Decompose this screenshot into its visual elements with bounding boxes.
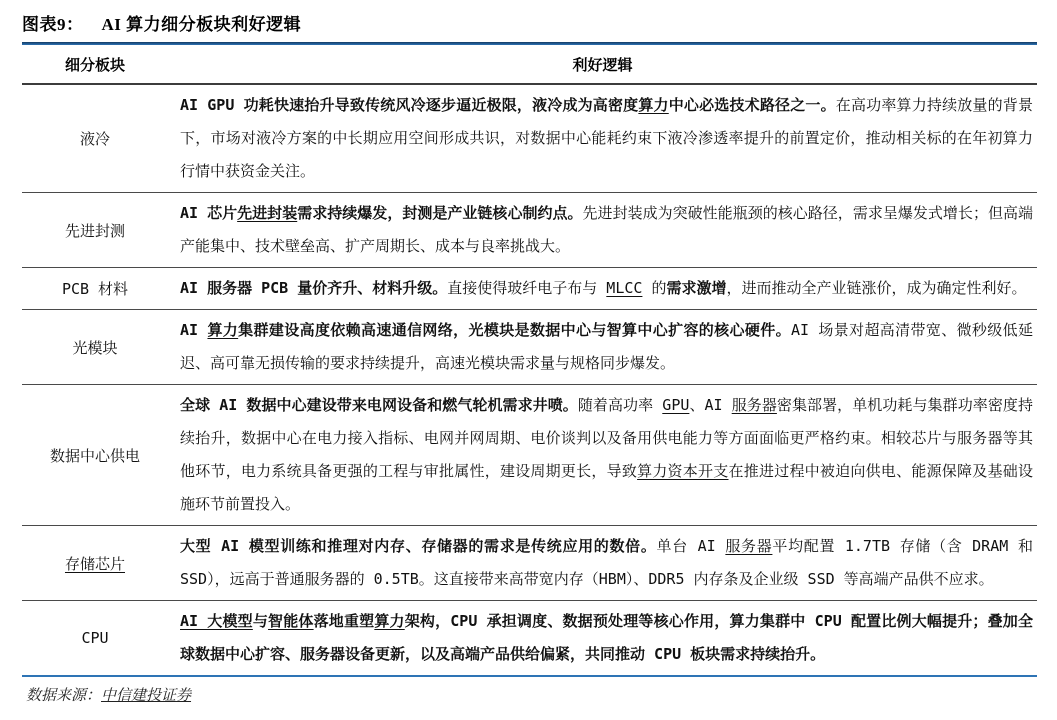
figure-title: 图表9：AI 算力细分板块利好逻辑 — [22, 8, 1037, 42]
table-row: PCB 材料AI 服务器 PCB 量价齐升、材料升级。直接使得玻纤电子布与 ML… — [22, 268, 1037, 310]
logic-text: 直接使得玻纤电子布与 — [447, 279, 606, 297]
logic-text: 大型 AI 模型训练和推理对内存、存储器的需求是传统应用的数倍。 — [180, 537, 657, 555]
logic-term-link: 先进封装 — [237, 204, 297, 222]
segment-label: 先进封测 — [65, 222, 125, 240]
segment-cell: 存储芯片 — [22, 526, 168, 601]
logic-text: AI 服务器 PCB 量价齐升、材料升级。 — [180, 279, 447, 297]
segment-label: CPU — [81, 629, 108, 647]
figure-title-text: AI 算力细分板块利好逻辑 — [102, 15, 302, 34]
logic-term-link: 智能体 — [268, 612, 314, 630]
table-row: 数据中心供电全球 AI 数据中心建设带来电网设备和燃气轮机需求井喷。随着高功率 … — [22, 385, 1037, 526]
column-header-logic: 利好逻辑 — [168, 45, 1037, 84]
logic-text: AI GPU 功耗快速抬升导致传统风冷逐步逼近极限，液冷成为高密度 — [180, 96, 638, 114]
segment-label: 液冷 — [80, 130, 110, 148]
figure-number: 图表9： — [22, 15, 84, 34]
segment-cell: 先进封测 — [22, 193, 168, 268]
table-row: CPUAI 大模型与智能体落地重塑算力架构，CPU 承担调度、数据预处理等核心作… — [22, 601, 1037, 677]
logic-cell: AI 芯片先进封装需求持续爆发，封测是产业链核心制约点。先进封装成为突破性能瓶颈… — [168, 193, 1037, 268]
data-source-note: 数据来源：中信建投证券 — [22, 677, 1037, 705]
logic-cell: 大型 AI 模型训练和推理对内存、存储器的需求是传统应用的数倍。单台 AI 服务… — [168, 526, 1037, 601]
logic-text: 落地重塑 — [314, 612, 375, 630]
segment-label: 存储芯片 — [65, 555, 125, 573]
logic-term-link: GPU — [662, 396, 689, 414]
segment-cell: CPU — [22, 601, 168, 677]
logic-text: 需求持续爆发，封测是产业链核心制约点。 — [297, 204, 582, 222]
logic-text: 需求激增 — [666, 279, 726, 297]
logic-term-link: 算力 — [374, 612, 404, 630]
segment-cell: 光模块 — [22, 310, 168, 385]
logic-term-link: AI 大模型 — [180, 612, 253, 630]
segment-cell: 数据中心供电 — [22, 385, 168, 526]
segment-label: 光模块 — [72, 339, 117, 357]
logic-term-link: MLCC — [606, 279, 642, 297]
logic-cell: AI 服务器 PCB 量价齐升、材料升级。直接使得玻纤电子布与 MLCC 的需求… — [168, 268, 1037, 310]
logic-text: 与 — [253, 612, 268, 630]
logic-text: 、AI — [689, 396, 731, 414]
logic-text: 随着高功率 — [578, 396, 662, 414]
logic-text: 集群建设高度依赖高速通信网络，光模块是数据中心与智算中心扩容的核心硬件。 — [238, 321, 791, 339]
logic-text: AI — [180, 321, 207, 339]
logic-cell: AI GPU 功耗快速抬升导致传统风冷逐步逼近极限，液冷成为高密度算力中心必选技… — [168, 84, 1037, 193]
logic-cell: 全球 AI 数据中心建设带来电网设备和燃气轮机需求井喷。随着高功率 GPU、AI… — [168, 385, 1037, 526]
segment-label: PCB 材料 — [62, 280, 128, 298]
segment-cell: PCB 材料 — [22, 268, 168, 310]
logic-text: 的 — [642, 279, 666, 297]
data-source-label: 数据来源： — [26, 688, 101, 704]
logic-cell: AI 大模型与智能体落地重塑算力架构，CPU 承担调度、数据预处理等核心作用，算… — [168, 601, 1037, 677]
logic-term-link: 服务器 — [732, 396, 777, 414]
logic-text: 中心必选技术路径之一。 — [669, 96, 836, 114]
segment-cell: 液冷 — [22, 84, 168, 193]
table-header: 细分板块 利好逻辑 — [22, 45, 1037, 84]
column-header-segment: 细分板块 — [22, 45, 168, 84]
logic-term-link: 算力资本开支 — [637, 462, 728, 480]
logic-term-link: 服务器 — [725, 537, 772, 555]
segment-logic-table: 细分板块 利好逻辑 液冷AI GPU 功耗快速抬升导致传统风冷逐步逼近极限，液冷… — [22, 45, 1037, 677]
logic-text: AI 芯片 — [180, 204, 237, 222]
table-row: 液冷AI GPU 功耗快速抬升导致传统风冷逐步逼近极限，液冷成为高密度算力中心必… — [22, 84, 1037, 193]
logic-term-link: 算力 — [207, 321, 238, 339]
logic-text: 单台 AI — [657, 537, 726, 555]
segment-label: 数据中心供电 — [50, 447, 140, 465]
table-row: 先进封测AI 芯片先进封装需求持续爆发，封测是产业链核心制约点。先进封装成为突破… — [22, 193, 1037, 268]
logic-text: ，进而推动全产业链涨价，成为确定性利好。 — [726, 279, 1026, 297]
logic-cell: AI 算力集群建设高度依赖高速通信网络，光模块是数据中心与智算中心扩容的核心硬件… — [168, 310, 1037, 385]
table-body: 液冷AI GPU 功耗快速抬升导致传统风冷逐步逼近极限，液冷成为高密度算力中心必… — [22, 84, 1037, 676]
report-page: 图表9：AI 算力细分板块利好逻辑 细分板块 利好逻辑 液冷AI GPU 功耗快… — [0, 0, 1057, 705]
logic-text: 全球 AI 数据中心建设带来电网设备和燃气轮机需求井喷。 — [180, 396, 578, 414]
table-row: 光模块AI 算力集群建设高度依赖高速通信网络，光模块是数据中心与智算中心扩容的核… — [22, 310, 1037, 385]
table-row: 存储芯片大型 AI 模型训练和推理对内存、存储器的需求是传统应用的数倍。单台 A… — [22, 526, 1037, 601]
data-source-link[interactable]: 中信建投证券 — [101, 688, 191, 704]
logic-term-link: 算力 — [638, 96, 668, 114]
